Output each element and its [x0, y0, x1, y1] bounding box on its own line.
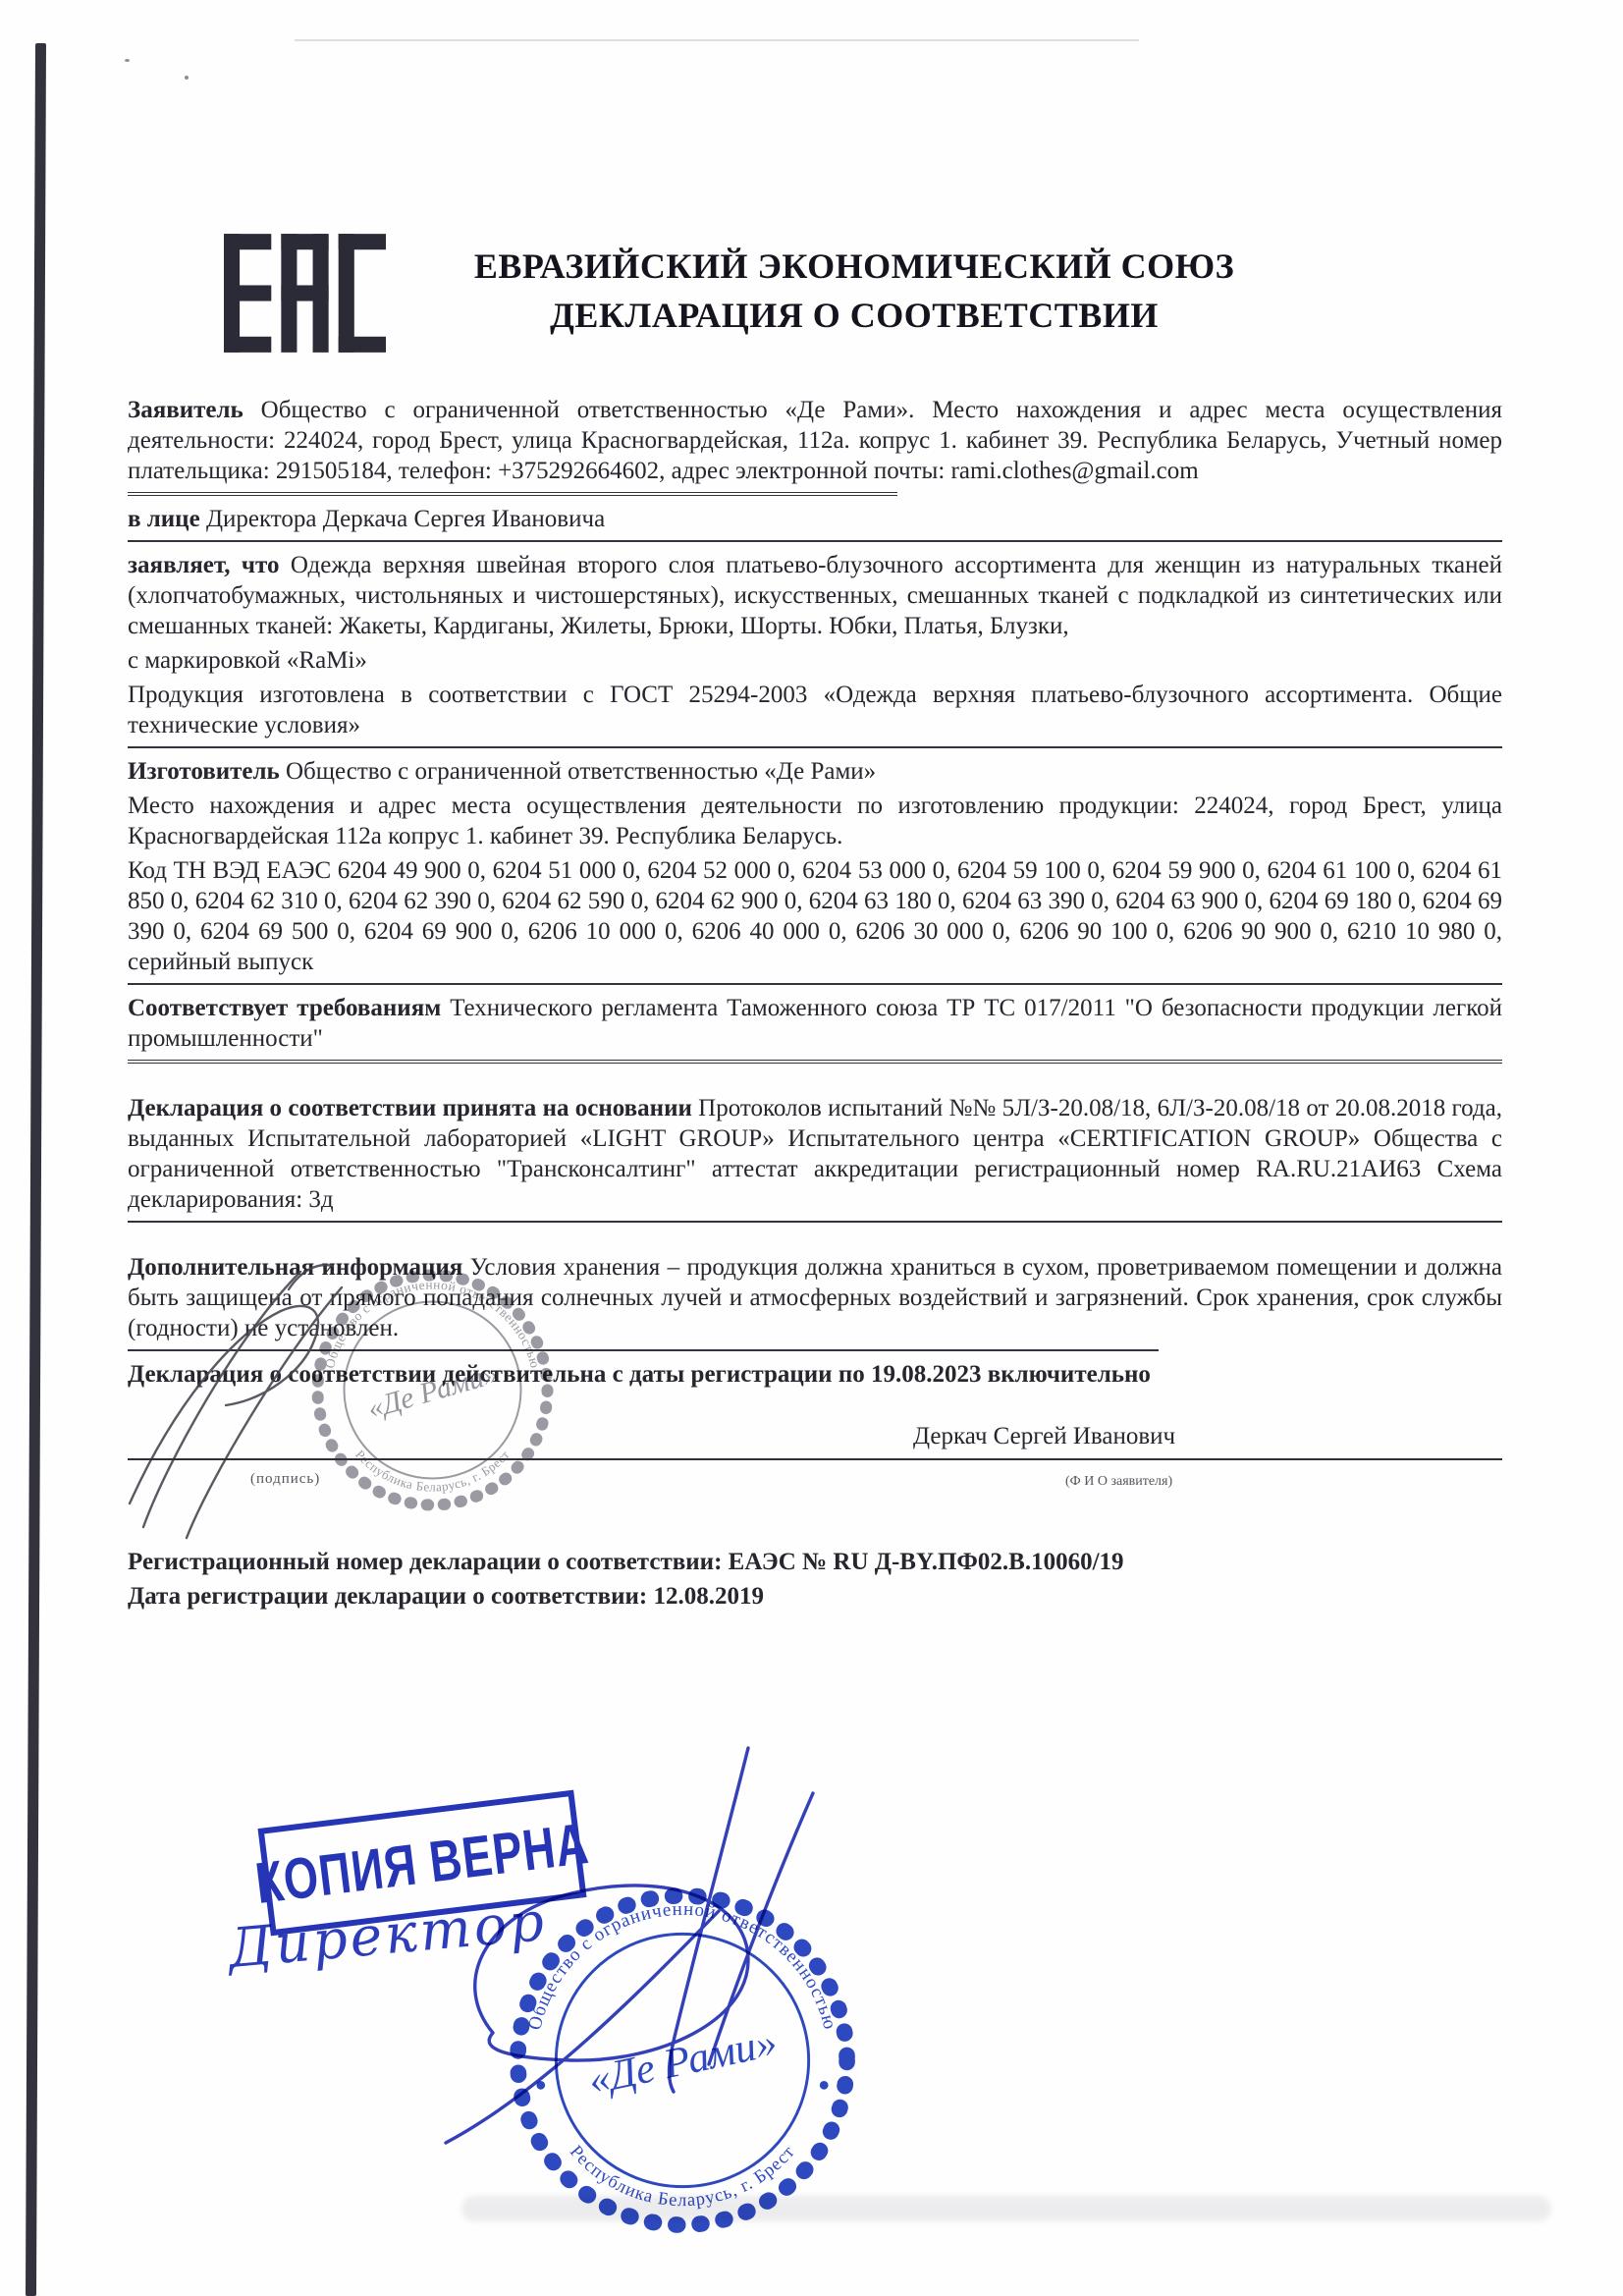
gray-stamp-center: «Де Рами» — [364, 1357, 502, 1425]
section-divider — [128, 1221, 1502, 1223]
eac-logo-glyphs — [224, 234, 386, 353]
declares-label: заявляет, что — [128, 552, 279, 578]
signature-caption: (подпись) — [250, 1464, 320, 1495]
in-person-text: Директора Деркача Сергея Ивановича — [206, 506, 605, 532]
document-title: ЕВРАЗИЙСКИЙ ЭКОНОМИЧЕСКИЙ СОЮЗ ДЕКЛАРАЦИ… — [393, 242, 1316, 340]
scan-top-line — [295, 39, 1139, 41]
signature-block: Общество с ограниченной ответственностью… — [128, 1397, 1502, 1545]
applicant-name: Деркач Сергей Иванович — [913, 1421, 1175, 1451]
manufacturer-line: Изготовитель Общество с ограниченной отв… — [128, 754, 1502, 789]
title-line-1: ЕВРАЗИЙСКИЙ ЭКОНОМИЧЕСКИЙ СОЮЗ — [393, 242, 1316, 291]
applicant-text: Общество с ограниченной ответственностью… — [128, 397, 1502, 484]
compliance-paragraph: Соответствует требованиям Технического р… — [128, 991, 1502, 1056]
name-caption: (Ф И О заявителя) — [1065, 1466, 1172, 1497]
section-divider — [128, 983, 1502, 985]
basis-label: Декларация о соответствии принята на осн… — [128, 1095, 692, 1121]
section-divider — [128, 492, 897, 496]
svg-text:Общество с ограниченной ответс: Общество с ограниченной ответственностью — [322, 1277, 543, 1369]
eac-logo — [224, 234, 386, 353]
section-divider — [128, 540, 1502, 542]
in-person-line: в лице Директора Деркача Сергея Иванович… — [128, 502, 1502, 536]
registration-number-label: Регистрационный номер декларации о соотв… — [128, 1549, 722, 1575]
applicant-paragraph: Заявитель Общество с ограниченной ответс… — [128, 393, 1502, 488]
tnved-codes: Код ТН ВЭД ЕАЭС 6204 49 900 0, 6204 51 0… — [128, 853, 1502, 979]
marking-line: с маркировкой «RaMi» — [128, 643, 1502, 678]
manufacturer-label: Изготовитель — [128, 758, 280, 785]
registration-number-value: ЕАЭС № RU Д-BY.ПФ02.В.10060/19 — [729, 1549, 1124, 1575]
basis-paragraph: Декларация о соответствии принята на осн… — [128, 1091, 1502, 1217]
compliance-label: Соответствует требованиям — [128, 995, 441, 1021]
manufacturer-address: Место нахождения и адрес места осуществл… — [128, 789, 1502, 853]
in-person-label: в лице — [128, 506, 200, 532]
scan-speck — [185, 76, 189, 80]
declaration-page: ЕВРАЗИЙСКИЙ ЭКОНОМИЧЕСКИЙ СОЮЗ ДЕКЛАРАЦИ… — [0, 0, 1623, 2296]
declares-text: Одежда верхняя швейная второго слоя плат… — [128, 552, 1502, 639]
scan-edge-line — [26, 43, 46, 2296]
registration-date-line: Дата регистрации декларации о соответств… — [128, 1579, 1502, 1613]
registration-number-line: Регистрационный номер декларации о соотв… — [128, 1545, 1502, 1579]
document-body: Заявитель Общество с ограниченной ответс… — [128, 393, 1502, 1613]
gost-line: Продукция изготовлена в соответствии с Г… — [128, 678, 1502, 742]
company-stamp-gray: Общество с ограниченной ответственностью… — [302, 1260, 563, 1520]
registration-date-value: 12.08.2019 — [653, 1583, 764, 1610]
gray-stamp-ring-top: Общество с ограниченной ответственностью — [322, 1277, 543, 1369]
scan-speck — [125, 59, 130, 62]
director-signature — [422, 1736, 854, 2149]
section-divider — [128, 1060, 1502, 1064]
declares-paragraph: заявляет, что Одежда верхняя швейная вто… — [128, 548, 1502, 643]
signature-line — [128, 1458, 1502, 1460]
manufacturer-name: Общество с ограниченной ответственностью… — [286, 758, 876, 785]
applicant-label: Заявитель — [128, 397, 243, 423]
section-divider — [128, 746, 1502, 748]
registration-date-label: Дата регистрации декларации о соответств… — [128, 1583, 647, 1610]
title-line-2: ДЕКЛАРАЦИЯ О СООТВЕТСТВИИ — [393, 291, 1316, 340]
